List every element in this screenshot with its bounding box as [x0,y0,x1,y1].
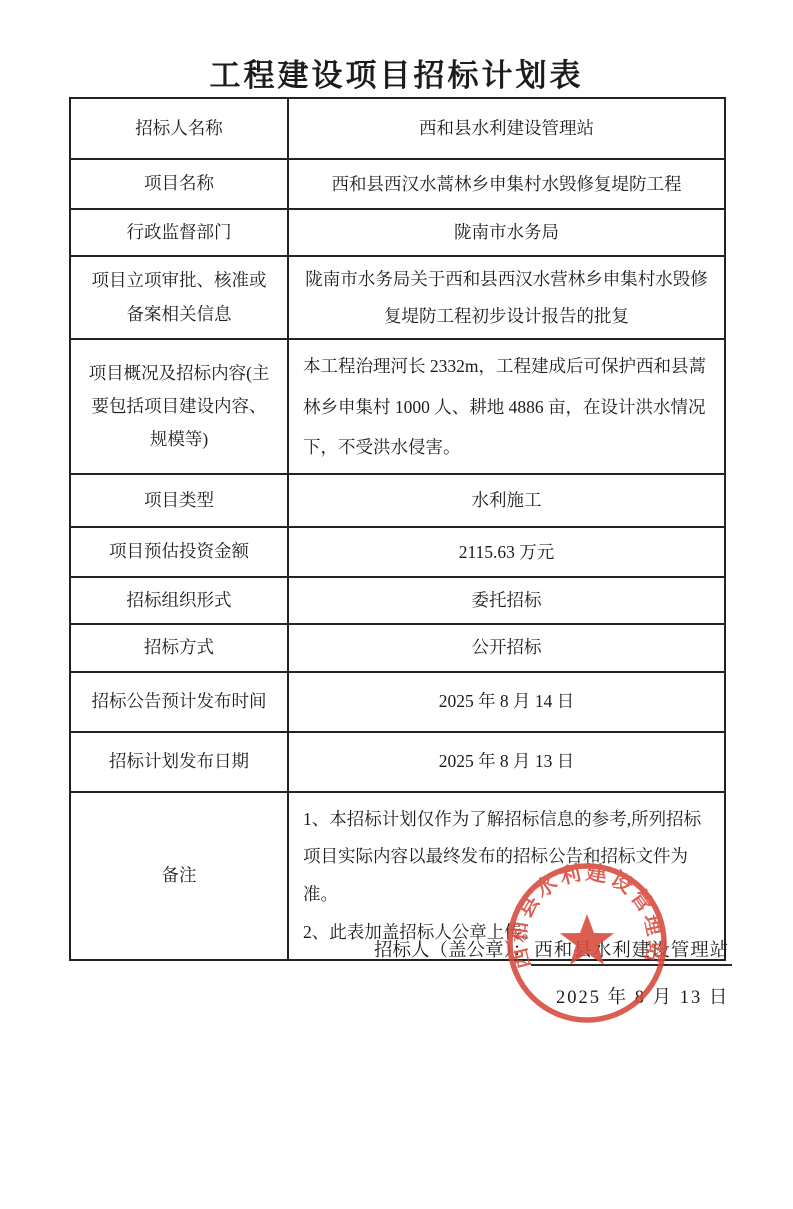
signature-name: 西和县水利建设管理站 [531,941,732,966]
signature-line: 招标人（盖公章）：西和县水利建设管理站 [374,936,732,962]
page-title: 工程建设项目招标计划表 [0,50,793,95]
table-row: 备注 1、本招标计划仅作为了解招标信息的参考,所列招标项目实际内容以最终发布的招… [70,792,725,961]
row-label: 备注 [70,792,288,961]
table-row: 招标方式 公开招标 [70,624,725,672]
document-page: 工程建设项目招标计划表 招标人名称 西和县水利建设管理站 项目名称 西和县西汉水… [0,0,793,1209]
row-value: 2025 年 8 月 13 日 [288,732,725,792]
row-label: 招标人名称 [70,98,288,159]
table-row: 行政监督部门 陇南市水务局 [70,209,725,256]
row-value: 公开招标 [288,624,725,672]
row-label: 招标方式 [70,624,288,672]
row-label: 项目名称 [70,159,288,209]
row-value-remarks: 1、本招标计划仅作为了解招标信息的参考,所列招标项目实际内容以最终发布的招标公告… [288,792,725,961]
table-row: 项目立项审批、核准或备案相关信息 陇南市水务局关于西和县西汉水营林乡申集村水毁修… [70,256,725,340]
row-value: 委托招标 [288,577,725,624]
row-label: 招标组织形式 [70,577,288,624]
row-value: 陇南市水务局 [288,209,725,256]
table-row: 招标计划发布日期 2025 年 8 月 13 日 [70,732,725,792]
row-value: 陇南市水务局关于西和县西汉水营林乡申集村水毁修复堤防工程初步设计报告的批复 [288,256,725,340]
bidding-plan-table: 招标人名称 西和县水利建设管理站 项目名称 西和县西汉水蒿林乡申集村水毁修复堤防… [69,97,726,961]
row-value: 2115.63 万元 [288,527,725,577]
table-row: 项目概况及招标内容(主要包括项目建设内容、规模等) 本工程治理河长 2332m，… [70,339,725,474]
row-label: 行政监督部门 [70,209,288,256]
row-value: 水利施工 [288,474,725,527]
row-label: 项目概况及招标内容(主要包括项目建设内容、规模等) [70,339,288,474]
row-value: 西和县水利建设管理站 [288,98,725,159]
table-row: 项目预估投资金额 2115.63 万元 [70,527,725,577]
row-label: 项目立项审批、核准或备案相关信息 [70,256,288,340]
table-row: 招标公告预计发布时间 2025 年 8 月 14 日 [70,672,725,732]
row-label: 招标公告预计发布时间 [70,672,288,732]
signature-date: 2025 年 8 月 13 日 [556,983,729,1009]
table-row: 招标组织形式 委托招标 [70,577,725,624]
table-row: 招标人名称 西和县水利建设管理站 [70,98,725,159]
table-row: 项目名称 西和县西汉水蒿林乡申集村水毁修复堤防工程 [70,159,725,209]
row-value: 西和县西汉水蒿林乡申集村水毁修复堤防工程 [288,159,725,209]
row-value: 2025 年 8 月 14 日 [288,672,725,732]
table-row: 项目类型 水利施工 [70,474,725,527]
row-value: 本工程治理河长 2332m，工程建成后可保护西和县蒿林乡申集村 1000 人、耕… [288,339,725,474]
remark-line-1: 1、本招标计划仅作为了解招标信息的参考,所列招标项目实际内容以最终发布的招标公告… [303,801,714,914]
row-label: 招标计划发布日期 [70,732,288,792]
signature-label: 招标人（盖公章）： [374,941,531,961]
row-label: 项目预估投资金额 [70,527,288,577]
row-label: 项目类型 [70,474,288,527]
